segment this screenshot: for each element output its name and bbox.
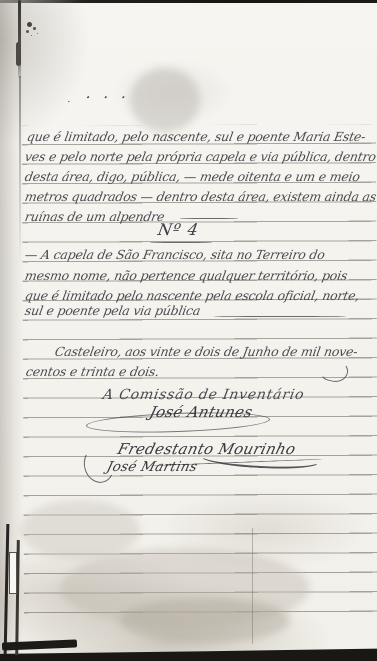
paper-crease bbox=[252, 528, 253, 644]
signature-3: José Martins bbox=[105, 459, 199, 475]
body-line-5: ruínas de um alpendre bbox=[24, 209, 166, 225]
paper-stain-2 bbox=[120, 598, 290, 643]
bleedthrough-stain bbox=[130, 68, 200, 132]
left-page-edge-line bbox=[18, 0, 21, 78]
manuscript-page: · · · · que é limitado, pelo nascente, s… bbox=[0, 0, 377, 661]
underpage-gap bbox=[9, 552, 17, 594]
section-line-3: que é limitado pelo nascente pela escola… bbox=[24, 288, 361, 304]
paper-stain-3 bbox=[20, 500, 140, 560]
heading-underline bbox=[150, 242, 212, 243]
body-line-2: ves e pelo norte pela própria capela e v… bbox=[24, 149, 377, 165]
left-edge-blob bbox=[16, 42, 21, 66]
stray-dot: · bbox=[66, 95, 72, 111]
body-line-3: desta área, digo, pública, — mede oitent… bbox=[24, 169, 362, 185]
left-edge-faint-line bbox=[19, 76, 21, 266]
ink-blot bbox=[27, 22, 32, 27]
dateline-line-2: centos e trinta e dois. bbox=[25, 364, 161, 380]
section-line-4: sul e poente pela via pública bbox=[24, 303, 202, 319]
stray-ink-marks: · · · bbox=[85, 90, 132, 106]
commission-label: A Comissão de Inventário bbox=[102, 387, 306, 403]
top-scan-edge bbox=[0, 0, 377, 3]
dateline-line-1: Casteleiro, aos vinte e dois de Junho de… bbox=[54, 344, 359, 360]
section-line-2: mesmo nome, não pertence qualquer territ… bbox=[24, 268, 349, 284]
bottom-scan-edge bbox=[0, 648, 377, 661]
section-heading: Nº 4 bbox=[157, 222, 201, 238]
body-line-1: que é limitado, pelo nascente, sul e poe… bbox=[26, 129, 367, 145]
section-line-1: — A capela de São Francisco, sita no Ter… bbox=[24, 247, 326, 263]
body-line-4: metros quadrados — dentro desta área, ex… bbox=[24, 189, 377, 205]
